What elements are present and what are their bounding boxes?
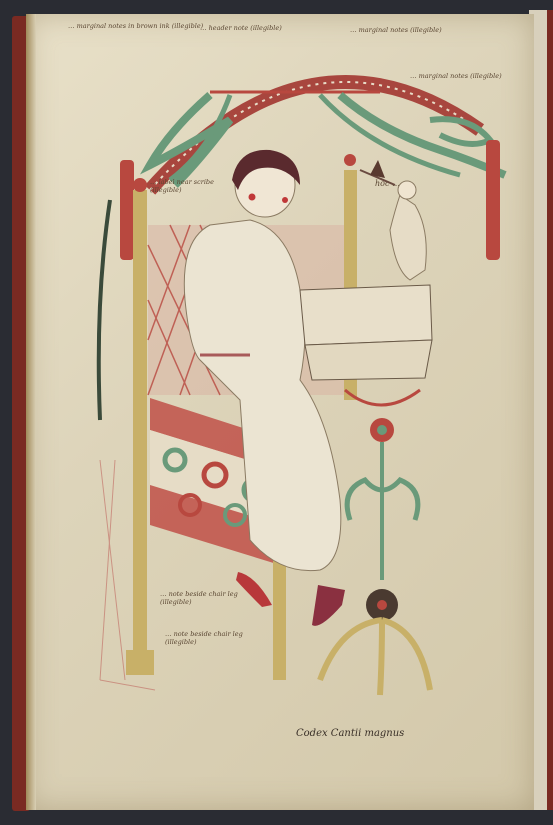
desk-stand-legs (320, 620, 430, 695)
small-figure (390, 195, 426, 280)
lower-note-2: … note beside chair leg (illegible) (165, 630, 265, 646)
chair-post-left (133, 190, 147, 670)
scribe-foot-right (312, 585, 345, 626)
marginal-note-top-left: … marginal notes in brown ink (illegible… (68, 22, 208, 30)
figure-label-left: … label near scribe (illegible) (150, 178, 220, 194)
marginal-note-top-right: … marginal notes (illegible) (350, 26, 500, 34)
marginal-note-top-center: … header note (illegible) (200, 24, 330, 32)
marginal-note-right: … marginal notes (illegible) (410, 72, 505, 80)
figure-label-right: hoc … (375, 180, 435, 188)
illumination-drawing (0, 0, 553, 825)
lower-note-1: … note beside chair leg (illegible) (160, 590, 260, 606)
writing-desk (300, 285, 432, 345)
bottom-caption: Codex Cantii magnus (296, 728, 404, 739)
